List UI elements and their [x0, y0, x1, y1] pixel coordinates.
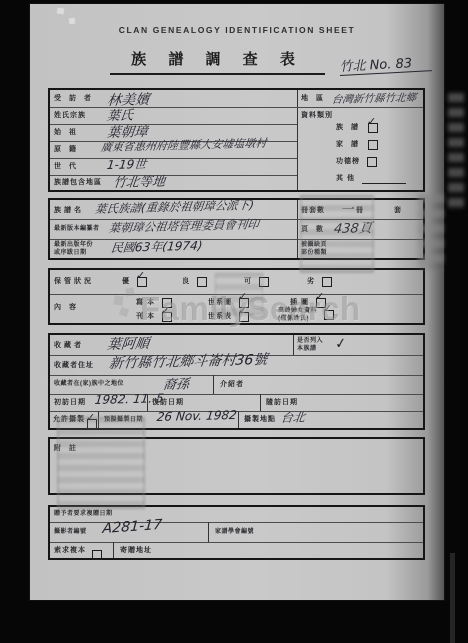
divider [213, 375, 214, 394]
publication-date-value: 民國63年(1974) [110, 237, 203, 256]
condition-option-label: 良 [182, 278, 190, 286]
condition-label: 保管狀況 [54, 278, 94, 286]
origin-label: 原 籍 [54, 146, 79, 154]
admin-table: 贈予者要求複贈日期 攝影者編號 A281-17 家譜學會編號 索求複本 寄贈地址 [48, 505, 425, 560]
embossed-seal [418, 194, 444, 270]
follow-up-visit-label: 隨訪日期 [266, 399, 298, 407]
checkbox-unchecked [368, 140, 378, 150]
blank-line [362, 174, 406, 184]
first-visit-label: 初訪日期 [54, 399, 86, 407]
basic-info-table: 受 訪 者 林美嬪 地 區 台灣新竹縣竹北鄉 姓氏宗族 葉氏 始 祖 葉朝璋 原… [48, 88, 425, 192]
listed-label-line2: 本族譜 [297, 346, 323, 353]
check-mark: ✓ [136, 269, 145, 282]
publication-date-label-line2: 或序跋日期 [54, 250, 93, 257]
checkbox-unchecked [92, 550, 102, 560]
divider [293, 335, 294, 355]
checkbox-unchecked [367, 157, 377, 167]
condition-option-label: 優 [122, 278, 130, 286]
donor-request-date-label: 贈予者要求複贈日期 [54, 511, 113, 518]
area-label: 地 區 [301, 95, 326, 103]
divider [208, 522, 209, 542]
planned-filming-date-value: 26 Nov. 1982 [156, 408, 238, 424]
reference-number: 竹北 No. 83 [339, 51, 432, 76]
holder-position-value: 裔孫 [162, 373, 190, 393]
category-item-label: 功德榜 [336, 158, 360, 166]
interviewee-label: 受 訪 者 [54, 95, 94, 103]
photographer-number-label: 攝影者編號 [54, 529, 87, 536]
divider [50, 158, 297, 159]
check-mark: ✓ [334, 335, 348, 352]
divider [297, 90, 298, 190]
embossed-seal [57, 417, 145, 509]
margin-watermark-strip [448, 93, 464, 211]
watermark-logo-leaf [113, 295, 123, 305]
genealogy-title-label: 族譜名 [54, 207, 84, 215]
page-title: 族 譜 調 查 表 [110, 48, 325, 75]
film-speck [69, 18, 76, 25]
photographer-number-value: A281-17 [102, 517, 163, 537]
mailing-address-label: 寄贈地址 [120, 547, 152, 555]
embossed-seal [215, 273, 263, 315]
checkbox-unchecked [197, 277, 207, 287]
divider [50, 175, 297, 176]
coverage-label: 族譜包含地區 [54, 179, 102, 187]
clan-label: 姓氏宗族 [54, 112, 86, 120]
listed-in-genealogy-label: 是否列入 本族譜 [297, 338, 323, 353]
check-mark: ✓ [367, 115, 376, 128]
watermark-logo-leaf [125, 287, 134, 296]
area-value: 台灣新竹縣竹北鄉 [331, 90, 417, 107]
content-label: 內 容 [54, 304, 79, 312]
embossed-seal [300, 195, 374, 273]
form-sheet: CLAN GENEALOGY IDENTIFICATION SHEET 族 譜 … [30, 4, 444, 600]
category-label: 資料類別 [301, 112, 333, 120]
category-item-other: 其 他 [336, 174, 406, 184]
film-speck [57, 7, 65, 14]
listed-label-line1: 是否列入 [297, 338, 323, 345]
second-visit-label: 復訪日期 [152, 399, 184, 407]
checkbox-unchecked [322, 277, 332, 287]
page-edge-sliver [450, 553, 455, 643]
checkbox-checked: ✓ [368, 123, 378, 133]
publication-date-label: 最新出版年份 或序跋日期 [54, 242, 93, 257]
coverage-value: 竹北等地 [112, 171, 166, 191]
holder-address-label: 收藏者住址 [54, 362, 94, 370]
divider [50, 542, 423, 543]
divider [260, 394, 261, 411]
society-number-label: 家譜學會編號 [215, 529, 254, 536]
category-item-merit-board: 功德榜 [336, 157, 377, 167]
divider [113, 542, 114, 558]
condition-good: 良 [182, 277, 207, 287]
category-item-family-record: 家 譜 [336, 140, 378, 150]
category-item-label: 家 譜 [336, 141, 361, 149]
genealogy-title-value: 葉氏族譜(重錄於祖朝璋公派下) [94, 197, 255, 217]
generations-label: 世 代 [54, 163, 79, 171]
first-ancestor-label: 始 祖 [54, 129, 79, 137]
condition-option-label: 劣 [307, 278, 315, 286]
category-item-genealogy: 族 譜 ✓ [336, 123, 378, 133]
divider [50, 375, 423, 376]
filming-location-label: 攝製地點 [244, 416, 276, 424]
holder-address-value: 新竹縣竹北鄉斗崙村36號 [108, 349, 269, 373]
holder-position-label: 收藏者在(家)族中之地位 [54, 381, 124, 388]
divider [297, 200, 298, 258]
divider [238, 411, 239, 428]
category-item-label: 其 他 [336, 175, 355, 183]
holder-label: 收藏者 [54, 342, 84, 350]
publication-date-label-line1: 最新出版年份 [54, 242, 93, 249]
request-copy-label: 索求複本 [54, 547, 86, 555]
scanned-form-page: CLAN GENEALOGY IDENTIFICATION SHEET 族 譜 … [0, 0, 468, 643]
filming-location-value: 台北 [280, 408, 306, 426]
set-unit: 套 [394, 207, 402, 215]
holder-info-table: 收藏者 葉阿順 是否列入 本族譜 ✓ 收藏者住址 新竹縣竹北鄉斗崙村36號 收藏… [48, 333, 425, 430]
holder-value: 葉阿順 [106, 333, 150, 354]
english-title: CLAN GENEALOGY IDENTIFICATION SHEET [30, 25, 444, 35]
origin-value: 廣東省惠州府陸豐縣大安墟塩墩村 [100, 135, 267, 155]
compiler-value: 葉朝璋公祖塔管理委員會刊印 [108, 216, 260, 236]
compiler-label: 最新版本編纂者 [54, 226, 100, 233]
checkbox-checked: ✓ [137, 277, 147, 287]
category-item-label: 族 譜 [336, 124, 361, 132]
introducer-label: 介紹者 [220, 381, 244, 389]
condition-excellent: 優 ✓ [122, 277, 147, 287]
condition-poor: 劣 [307, 277, 332, 287]
divider [50, 124, 297, 125]
